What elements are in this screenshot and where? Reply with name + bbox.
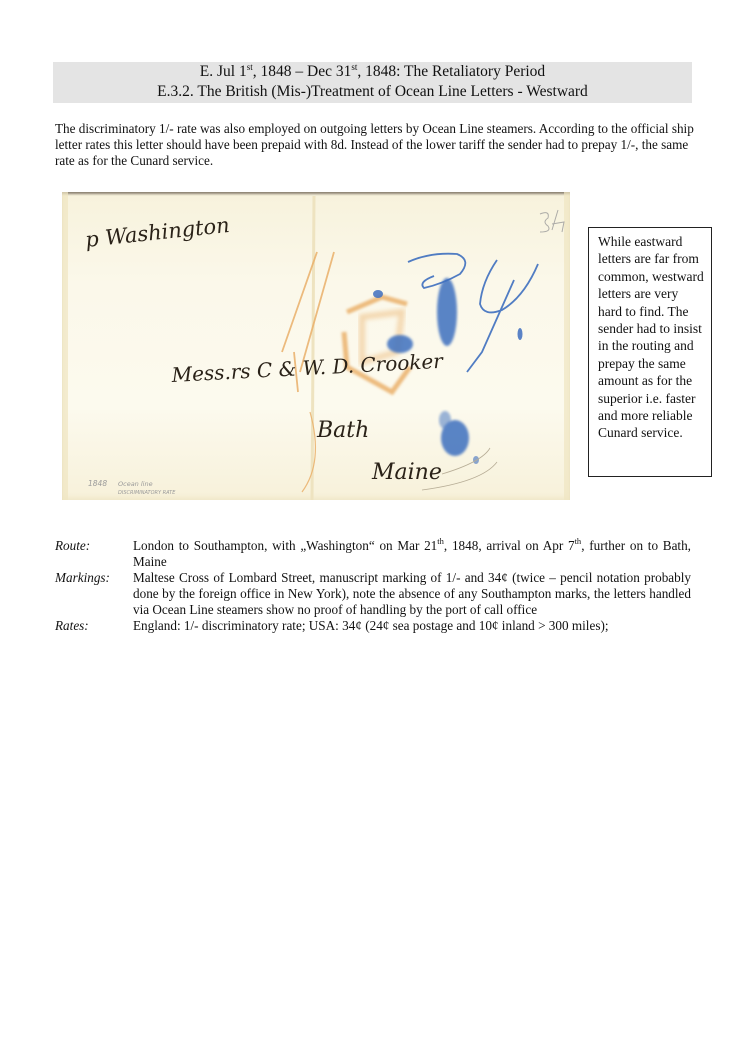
markings-value: Maltese Cross of Lombard Street, manuscr… — [133, 570, 691, 618]
markings-row: Markings: Maltese Cross of Lombard Stree… — [55, 570, 691, 618]
cover-details: Route: London to Southampton, with „Wash… — [55, 538, 691, 634]
handwritten-city: Bath — [316, 418, 369, 443]
markings-label: Markings: — [55, 570, 133, 618]
pencil-year: 1848 — [88, 479, 107, 488]
header-period-title: E. Jul 1st, 1848 – Dec 31st, 1848: The R… — [53, 62, 692, 82]
rates-label: Rates: — [55, 618, 133, 634]
handwritten-routing: p Washington — [84, 213, 231, 252]
pencil-note-line1: Ocean line — [118, 480, 153, 488]
handwritten-state: Maine — [371, 460, 442, 485]
route-label: Route: — [55, 538, 133, 570]
rates-value: England: 1/- discriminatory rate; USA: 3… — [133, 618, 691, 634]
header-section-title: E.3.2. The British (Mis-)Treatment of Oc… — [53, 82, 692, 102]
letter-artwork: p Washington Mess.rs C & W. D. Crooker B… — [62, 192, 570, 500]
pencil-note-line2: DISCRIMINATORY RATE — [118, 490, 176, 496]
route-row: Route: London to Southampton, with „Wash… — [55, 538, 691, 570]
sidebar-note-text: While eastward letters are far from comm… — [598, 234, 704, 440]
route-value: London to Southampton, with „Washington“… — [133, 538, 691, 570]
letter-image: p Washington Mess.rs C & W. D. Crooker B… — [62, 192, 570, 500]
page-header: E. Jul 1st, 1848 – Dec 31st, 1848: The R… — [53, 62, 692, 103]
intro-paragraph: The discriminatory 1/- rate was also emp… — [55, 121, 695, 169]
handwritten-addressee: Mess.rs C & W. D. Crooker — [170, 349, 445, 387]
sidebar-note: While eastward letters are far from comm… — [588, 227, 712, 477]
rates-row: Rates: England: 1/- discriminatory rate;… — [55, 618, 691, 634]
